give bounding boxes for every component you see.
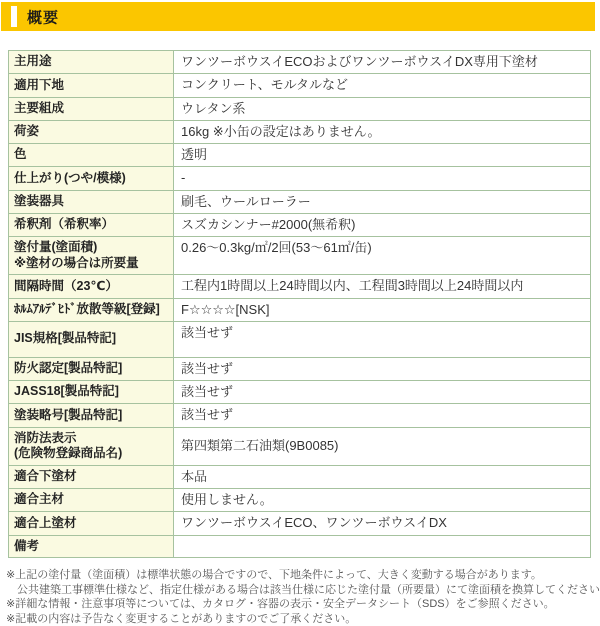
table-row: 塗付量(塗面積) ※塗材の場合は所要量 0.26〜0.3kg/㎡/2回(53〜6… bbox=[9, 237, 591, 275]
spec-value: 第四類第二石油類(9B0085) bbox=[174, 427, 591, 465]
spec-label: 適合主材 bbox=[9, 489, 174, 512]
table-row: 塗装略号[製品特記] 該当せず bbox=[9, 404, 591, 427]
spec-label: 備考 bbox=[9, 535, 174, 558]
footnote-line: ※記載の内容は予告なく変更することがありますのでご了承ください。 bbox=[6, 612, 594, 626]
spec-value: 該当せず bbox=[174, 404, 591, 427]
spec-value: ワンツーボウスイECOおよびワンツーボウスイDX専用下塗材 bbox=[174, 51, 591, 74]
table-row: ﾎﾙﾑｱﾙﾃﾞﾋﾄﾞ放散等級[登録] F☆☆☆☆[NSK] bbox=[9, 298, 591, 321]
footnote-line: ※上記の塗付量（塗面積）は標準状態の場合ですので、下地条件によって、大きく変動す… bbox=[6, 568, 594, 583]
table-row: 間隔時間（23℃） 工程内1時間以上24時間以内、工程間3時間以上24時間以内 bbox=[9, 275, 591, 298]
spec-label: 主要組成 bbox=[9, 97, 174, 120]
spec-value: 該当せず bbox=[174, 357, 591, 380]
spec-label: 間隔時間（23℃） bbox=[9, 275, 174, 298]
spec-value: スズカシンナー#2000(無希釈) bbox=[174, 213, 591, 236]
spec-label: 仕上がり(つや/模様) bbox=[9, 167, 174, 190]
spec-value: F☆☆☆☆[NSK] bbox=[174, 298, 591, 321]
spec-value bbox=[174, 535, 591, 558]
spec-label: 適合上塗材 bbox=[9, 512, 174, 535]
spec-label: 色 bbox=[9, 144, 174, 167]
table-row: 主要組成 ウレタン系 bbox=[9, 97, 591, 120]
spec-label: 荷姿 bbox=[9, 120, 174, 143]
spec-label: 主用途 bbox=[9, 51, 174, 74]
spec-table: 主用途 ワンツーボウスイECOおよびワンツーボウスイDX専用下塗材 適用下地 コ… bbox=[8, 50, 591, 558]
table-row: 適合主材 使用しません。 bbox=[9, 489, 591, 512]
table-row: JIS規格[製品特記] 該当せず bbox=[9, 321, 591, 357]
spec-label: 防火認定[製品特記] bbox=[9, 357, 174, 380]
spec-value: 本品 bbox=[174, 465, 591, 488]
header-accent-stripe bbox=[11, 6, 17, 27]
spec-value: 使用しません。 bbox=[174, 489, 591, 512]
table-row: 適合上塗材 ワンツーボウスイECO、ワンツーボウスイDX bbox=[9, 512, 591, 535]
table-row: 希釈剤（希釈率） スズカシンナー#2000(無希釈) bbox=[9, 213, 591, 236]
spec-value: コンクリート、モルタルなど bbox=[174, 74, 591, 97]
spec-label: ﾎﾙﾑｱﾙﾃﾞﾋﾄﾞ放散等級[登録] bbox=[9, 298, 174, 321]
spec-label: JASS18[製品特記] bbox=[9, 381, 174, 404]
table-row: 備考 bbox=[9, 535, 591, 558]
spec-value: ウレタン系 bbox=[174, 97, 591, 120]
spec-value: 該当せず bbox=[174, 381, 591, 404]
table-row: 荷姿 16kg ※小缶の設定はありません。 bbox=[9, 120, 591, 143]
spec-label: JIS規格[製品特記] bbox=[9, 321, 174, 357]
spec-value: 工程内1時間以上24時間以内、工程間3時間以上24時間以内 bbox=[174, 275, 591, 298]
section-header: 概要 bbox=[1, 2, 595, 31]
spec-value: 16kg ※小缶の設定はありません。 bbox=[174, 120, 591, 143]
footnote-line: 公共建築工事標準仕様など、指定仕様がある場合は該当仕様に応じた塗付量（所要量）に… bbox=[6, 583, 594, 598]
spec-value: 0.26〜0.3kg/㎡/2回(53〜61㎡/缶) bbox=[174, 237, 591, 275]
spec-value: - bbox=[174, 167, 591, 190]
spec-label: 塗装器具 bbox=[9, 190, 174, 213]
spec-label: 適用下地 bbox=[9, 74, 174, 97]
spec-label: 適合下塗材 bbox=[9, 465, 174, 488]
table-row: 塗装器具 刷毛、ウールローラー bbox=[9, 190, 591, 213]
table-row: JASS18[製品特記] 該当せず bbox=[9, 381, 591, 404]
table-row: 消防法表示 (危険物登録商品名) 第四類第二石油類(9B0085) bbox=[9, 427, 591, 465]
table-row: 仕上がり(つや/模様) - bbox=[9, 167, 591, 190]
spec-value: 透明 bbox=[174, 144, 591, 167]
spec-value: 該当せず bbox=[174, 321, 591, 357]
spec-value: 刷毛、ウールローラー bbox=[174, 190, 591, 213]
table-row: 色 透明 bbox=[9, 144, 591, 167]
spec-label: 消防法表示 (危険物登録商品名) bbox=[9, 427, 174, 465]
table-row: 防火認定[製品特記] 該当せず bbox=[9, 357, 591, 380]
spec-value: ワンツーボウスイECO、ワンツーボウスイDX bbox=[174, 512, 591, 535]
table-row: 適用下地 コンクリート、モルタルなど bbox=[9, 74, 591, 97]
spec-label: 塗装略号[製品特記] bbox=[9, 404, 174, 427]
footnotes: ※上記の塗付量（塗面積）は標準状態の場合ですので、下地条件によって、大きく変動す… bbox=[6, 568, 594, 626]
table-row: 主用途 ワンツーボウスイECOおよびワンツーボウスイDX専用下塗材 bbox=[9, 51, 591, 74]
spec-label: 希釈剤（希釈率） bbox=[9, 213, 174, 236]
page-title: 概要 bbox=[27, 6, 59, 27]
footnote-line: ※詳細な情報・注意事項等については、カタログ・容器の表示・安全データシート（SD… bbox=[6, 597, 594, 612]
spec-label: 塗付量(塗面積) ※塗材の場合は所要量 bbox=[9, 237, 174, 275]
table-row: 適合下塗材 本品 bbox=[9, 465, 591, 488]
